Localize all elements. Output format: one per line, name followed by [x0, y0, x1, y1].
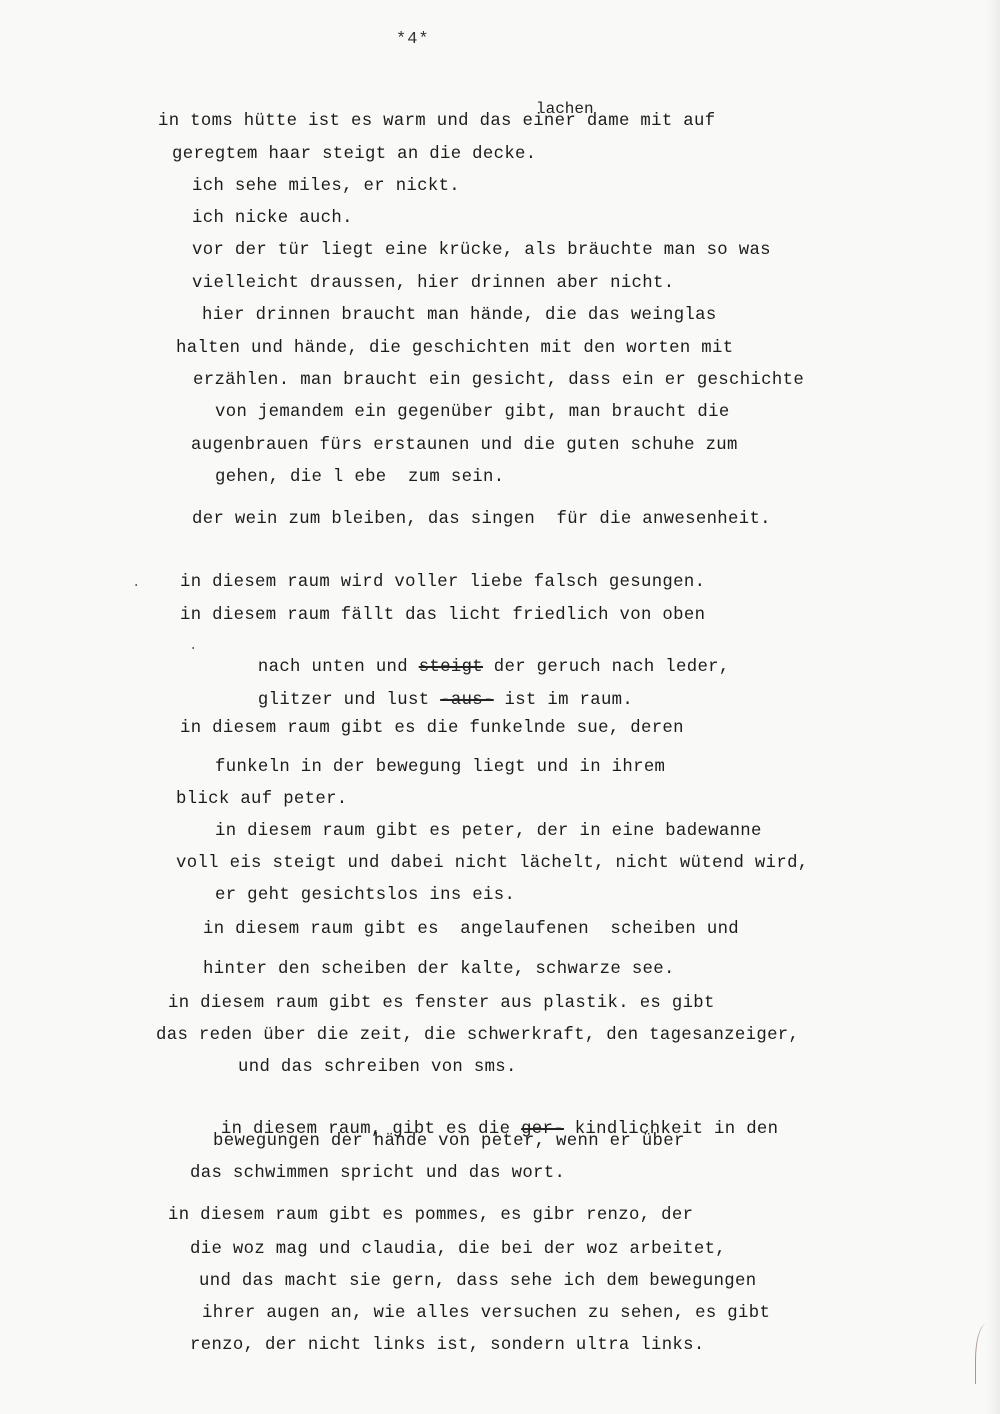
text-line: er geht gesichtslos ins eis. [215, 886, 515, 906]
page-curl [975, 1324, 994, 1384]
text-line: augenbrauen fürs erstaunen und die guten… [191, 436, 738, 456]
stray-mark: · [132, 578, 140, 594]
text-line: das reden über die zeit, die schwerkraft… [156, 1026, 799, 1046]
text-line: ihrer augen an, wie alles versuchen zu s… [202, 1304, 770, 1324]
text-line: geregtem haar steigt an die decke. [172, 145, 537, 165]
text-line: halten und hände, die geschichten mit de… [176, 339, 733, 359]
text-line: ich nicke auch. [192, 209, 353, 229]
text-line: ich sehe miles, er nickt. [192, 177, 460, 197]
page-edge-shadow [986, 0, 1000, 1414]
text-line: renzo, der nicht links ist, sondern ultr… [190, 1336, 705, 1356]
text-line: von jemandem ein gegenüber gibt, man bra… [215, 403, 730, 423]
text-line: erzählen. man braucht ein gesicht, dass … [193, 371, 804, 391]
text-line: in diesem raum gibt es die funkelnde sue… [180, 719, 684, 739]
text-line: die woz mag und claudia, die bei der woz… [190, 1240, 726, 1260]
struck-word: -aus- [440, 691, 494, 710]
stray-mark: · [189, 641, 197, 657]
text-line: der wein zum bleiben, das singen für die… [192, 510, 771, 530]
line-text-after: ist im raum. [494, 691, 633, 710]
text-line: und das macht sie gern, dass sehe ich de… [199, 1272, 756, 1292]
text-line: vor der tür liegt eine krücke, als bräuc… [192, 241, 771, 261]
text-line: und das schreiben von sms. [238, 1058, 517, 1078]
text-line: in diesem raum gibt es peter, der in ein… [215, 822, 762, 842]
text-line: voll eis steigt und dabei nicht lächelt,… [176, 854, 809, 874]
text-line: funkeln in der bewegung liegt und in ihr… [215, 758, 665, 778]
text-line: bewegungen der hände von peter, wenn er … [213, 1132, 685, 1152]
text-line: vielleicht draussen, hier drinnen aber n… [192, 274, 674, 294]
text-line: in diesem raum wird voller liebe falsch … [180, 573, 705, 593]
text-line: in diesem raum gibt es angelaufenen sche… [203, 920, 739, 940]
text-line: blick auf peter. [176, 790, 348, 810]
line-text-before: glitzer und lust [258, 691, 440, 710]
text-line: in toms hütte ist es warm und das einer … [158, 112, 715, 132]
text-line: in diesem raum gibt es fenster aus plast… [168, 994, 715, 1014]
text-line: das schwimmen spricht und das wort. [190, 1164, 565, 1184]
text-line: hier drinnen braucht man hände, die das … [202, 306, 717, 326]
text-line: hinter den scheiben der kalte, schwarze … [203, 960, 675, 980]
text-line: in diesem raum fällt das licht friedlich… [180, 606, 705, 626]
text-line: in diesem raum gibt es pommes, es gibr r… [168, 1206, 693, 1226]
text-line: gehen, die l ebe zum sein. [215, 468, 504, 488]
page-number: *4* [396, 30, 430, 49]
